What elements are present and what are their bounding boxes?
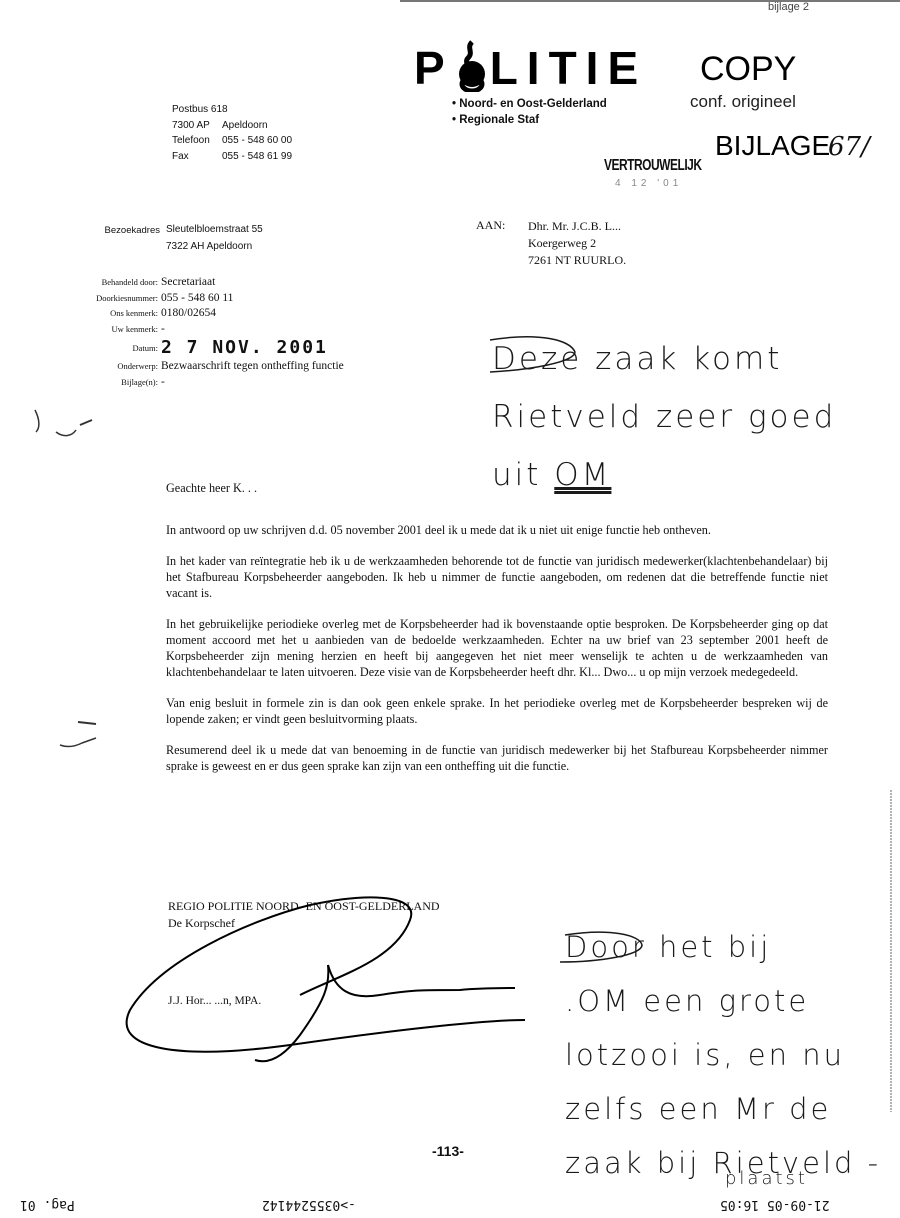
recipient-line: Koergerweg 2	[528, 235, 626, 252]
meta-your-reference: Uw kenmerk:-	[40, 322, 344, 338]
paragraph: Van enig besluit in formele zin is dan o…	[166, 695, 828, 727]
handwriting-line: zelfs een Mr de	[565, 1082, 881, 1136]
bijlage-number: 67/	[828, 132, 870, 162]
handwritten-note-top: Deze zaak komt Rietveld zeer goed uit OM	[492, 330, 836, 504]
paragraph: In het gebruikelijke periodieke overleg …	[166, 616, 828, 680]
meta-attachments: Bijlage(n):-	[40, 375, 344, 391]
phone-line: Telefoon055 - 548 60 00	[172, 133, 292, 149]
handwriting-line: Rietveld zeer goed	[492, 388, 836, 446]
copy-stamp: COPY	[700, 50, 796, 89]
region-line: Regionale Staf	[452, 112, 607, 128]
logo-text: PLITIE	[414, 42, 647, 94]
paragraph: In antwoord op uw schrijven d.d. 05 nove…	[166, 522, 828, 538]
bijlage-stamp: BIJLAGE	[715, 130, 830, 162]
signature-title: De Korpschef	[168, 915, 440, 932]
fax-datetime: 21-09-05 16:05	[720, 1197, 830, 1212]
meta-date: Datum:2 7 NOV. 2001	[40, 337, 344, 359]
handwriting-line: .OM een grote	[565, 974, 881, 1028]
meta-handled-by: Behandeld door:Secretariaat	[40, 275, 344, 291]
address-line: Sleutelbloemstraat 55	[166, 221, 263, 238]
sender-postal-address: Postbus 618 7300 APApeldoorn Telefoon055…	[172, 102, 292, 164]
fax-number: ->0355244142	[262, 1197, 356, 1212]
visit-address: Sleutelbloemstraat 55 7322 AH Apeldoorn	[166, 221, 263, 255]
handwriting-line: uit OM	[492, 446, 836, 504]
police-torch-emblem-icon	[454, 40, 490, 92]
recipient-address: Dhr. Mr. J.C.B. L... Koergerweg 2 7261 N…	[528, 218, 626, 269]
confidential-stamp: VERTROUWELIJK	[604, 156, 702, 174]
address-line: 7300 APApeldoorn	[172, 118, 292, 134]
signature-organisation: REGIO POLITIE NOORD- EN OOST-GELDERLAND	[168, 898, 440, 915]
region-lines: Noord- en Oost-Gelderland Regionale Staf	[452, 96, 607, 128]
letter-body: Geachte heer K. . . In antwoord op uw sc…	[166, 480, 828, 789]
copy-conform-original-stamp: conf. origineel	[690, 92, 796, 112]
recipient-line: 7261 NT RUURLO.	[528, 252, 626, 269]
fax-line: Fax055 - 548 61 99	[172, 149, 292, 165]
signature-block: REGIO POLITIE NOORD- EN OOST-GELDERLAND …	[168, 898, 440, 932]
scan-top-edge	[400, 0, 900, 2]
paragraph: In het kader van reïntegratie heb ik u d…	[166, 553, 828, 601]
handwriting-underlined-om: OM	[554, 457, 611, 493]
meta-subject: Onderwerp:Bezwaarschrift tegen ontheffin…	[40, 359, 344, 375]
signatory-name: J.J. Hor... ...n, MPA.	[168, 995, 261, 1007]
recipient-label: AAN:	[476, 218, 505, 233]
handwriting-line: zaak bij Rietveld -	[565, 1136, 881, 1190]
region-line: Noord- en Oost-Gelderland	[452, 96, 607, 112]
handwritten-note-bottom: Door het bij .OM een grote lotzooi is, e…	[565, 920, 881, 1190]
top-bijlage-stamp: bijlage 2	[768, 1, 809, 13]
handwriting-line: Door het bij	[565, 920, 881, 974]
visit-address-label: Bezoekadres	[60, 225, 160, 236]
paragraph: Resumerend deel ik u mede dat van benoem…	[166, 742, 828, 774]
recipient-line: Dhr. Mr. J.C.B. L...	[528, 218, 626, 235]
stamp-date: 4 12 '01	[615, 178, 682, 189]
meta-our-reference: Ons kenmerk:0180/02654	[40, 306, 344, 322]
address-line: 7322 AH Apeldoorn	[166, 238, 263, 255]
politie-logo: PLITIE	[414, 40, 647, 95]
address-line: Postbus 618	[172, 102, 292, 118]
page-number: -113-	[432, 1143, 464, 1159]
meta-direct-number: Doorkiesnummer:055 - 548 60 11	[40, 291, 344, 307]
handwriting-line: lotzooi is, en nu	[565, 1028, 881, 1082]
handwriting-line: Deze zaak komt	[492, 330, 836, 388]
fax-page-indicator: Pag. 01	[20, 1197, 75, 1212]
letter-metadata: Behandeld door:Secretariaat Doorkiesnumm…	[40, 275, 344, 390]
handwriting-tail: plaatst	[725, 1168, 808, 1189]
